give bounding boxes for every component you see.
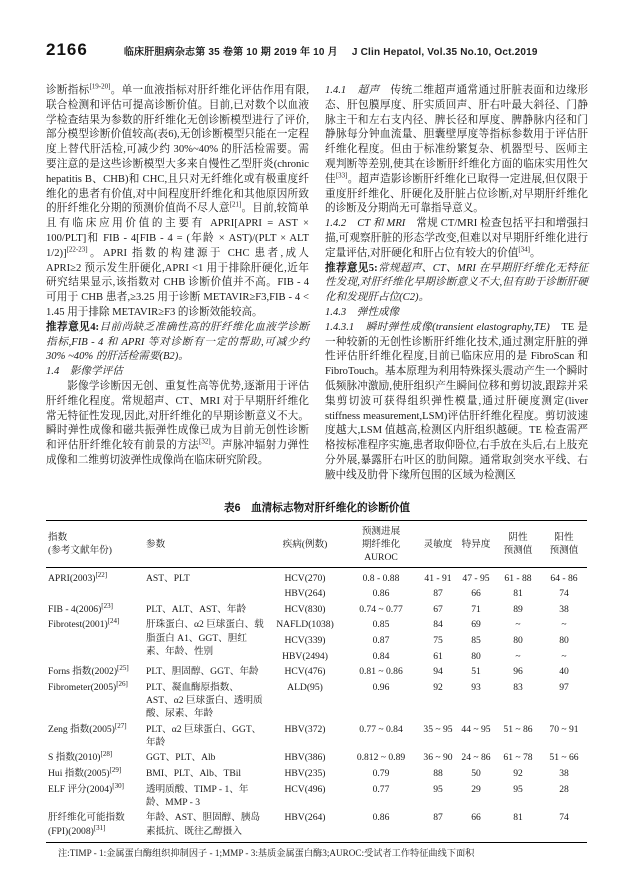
value-cell: 61: [419, 648, 457, 664]
citation-ref: [33]: [336, 171, 348, 179]
value-cell: NAFLD(1038): [267, 617, 343, 633]
value-cell: 0.812 ~ 0.89: [343, 750, 419, 766]
body-columns: 诊断指标[19-20]。单一血液指标对肝纤维化评估作用有限,联合检测和评估可提高…: [46, 84, 588, 484]
value-cell: HCV(830): [267, 602, 343, 618]
value-cell: 83: [495, 679, 541, 721]
recommendation-4: 推荐意见4:目前尚缺乏准确性高的肝纤维化血液学诊断指标,FIB - 4 和 AP…: [46, 321, 309, 365]
value-cell: 70 ~ 91: [541, 721, 587, 750]
params-cell: PLT、凝血酶原指数、AST、α2 巨球蛋白、透明质酸、尿素、年龄: [144, 679, 267, 721]
params-cell: GGT、PLT、Alb: [144, 750, 267, 766]
value-cell: 0.84: [343, 648, 419, 664]
value-cell: 66: [457, 586, 495, 602]
value-cell: 0.74 ~ 0.77: [343, 602, 419, 618]
table-row: FIB - 4(2006)[23]PLT、ALT、AST、年龄HCV(830)0…: [46, 602, 587, 618]
params-cell: BMI、PLT、Alb、TBil: [144, 766, 267, 782]
table-section: 表6 血清标志物对肝纤维化的诊断价值 指数(参考文献年份)参数疾病(例数)预测进…: [46, 500, 588, 859]
index-cell: ELF 评分(2004)[30]: [46, 781, 144, 810]
value-cell: 67: [419, 602, 457, 618]
value-cell: 66: [457, 810, 495, 842]
value-cell: 69: [457, 617, 495, 633]
citation-ref: [23]: [101, 602, 113, 610]
left-column: 诊断指标[19-20]。单一血液指标对肝纤维化评估作用有限,联合检测和评估可提高…: [46, 84, 309, 484]
recommendation-5: 推荐意见5:常规超声、CT、MRI 在早期肝纤维化无特征性发现,对肝纤维化早期诊…: [325, 262, 588, 306]
journal-page: 2166 临床肝胆病杂志第 35 卷第 10 期 2019 年 10 月J Cl…: [0, 0, 630, 890]
page-header: 2166 临床肝胆病杂志第 35 卷第 10 期 2019 年 10 月J Cl…: [46, 40, 588, 62]
journal-title-en: J Clin Hepatol, Vol.35 No.10, Oct.2019: [352, 47, 538, 58]
value-cell: 0.86: [343, 810, 419, 842]
index-cell: Fibrometer(2005)[26]: [46, 679, 144, 721]
value-cell: 88: [419, 766, 457, 782]
value-cell: HBV(386): [267, 750, 343, 766]
value-cell: 64 - 86: [541, 568, 587, 586]
paragraph-serum-markers: 诊断指标[19-20]。单一血液指标对肝纤维化评估作用有限,联合检测和评估可提高…: [46, 84, 309, 321]
citation-ref: [27]: [115, 721, 127, 729]
text-run: 推荐意见5:: [325, 263, 378, 274]
value-cell: 50: [457, 766, 495, 782]
text-run: 。超声造影诊断肝纤维化已取得一定进展,但仅限于重度肝纤维化、肝硬化及肝脏占位诊断…: [325, 174, 588, 215]
right-column: 1.4.1 超声 传统二维超声通常通过肝脏表面和边缘形态、肝包膜厚度、肝实质回声…: [325, 84, 588, 484]
text-run: 推荐意见4:: [46, 322, 99, 333]
index-name: S 指数(2010): [48, 752, 101, 763]
value-cell: 92: [419, 679, 457, 721]
citation-ref: [31]: [94, 823, 106, 831]
paragraph-ultrasound-1-4-1: 1.4.1 超声 传统二维超声通常通过肝脏表面和边缘形态、肝包膜厚度、肝实质回声…: [325, 84, 588, 217]
citation-ref: [32]: [199, 438, 211, 446]
index-name: Fibrometer(2005): [48, 682, 116, 693]
index-cell: FIB - 4(2006)[23]: [46, 602, 144, 618]
value-cell: 41 - 91: [419, 568, 457, 586]
table-title: 表6 血清标志物对肝纤维化的诊断价值: [46, 500, 588, 515]
index-name: Forns 指数(2002): [48, 666, 117, 677]
value-cell: 87: [419, 586, 457, 602]
value-cell: 28: [541, 781, 587, 810]
index-name: Zeng 指数(2005): [48, 724, 115, 735]
column-header: 阴性预测值: [495, 520, 541, 568]
params-cell: AST、PLT: [144, 568, 267, 602]
value-cell: 51 ~ 86: [495, 721, 541, 750]
value-cell: HCV(339): [267, 633, 343, 649]
value-cell: 36 ~ 90: [419, 750, 457, 766]
paragraph-imaging-overview: 影像学诊断因无创、重复性高等优势,逐渐用于评估肝纤维化程度。常规超声、CT、MR…: [46, 380, 309, 469]
citation-ref: [19-20]: [89, 82, 110, 90]
value-cell: 0.79: [343, 766, 419, 782]
params-cell: 年龄、AST、胆固醇、胰岛素抵抗、既往乙醇摄入: [144, 810, 267, 842]
paragraph-ct-mri-1-4-2: 1.4.2 CT 和 MRI 常规 CT/MRI 检查包括平扫和增强扫描,可观察…: [325, 217, 588, 261]
text-run: 1.4.1 超声: [325, 85, 380, 96]
value-cell: 0.86: [343, 586, 419, 602]
value-cell: 80: [457, 648, 495, 664]
value-cell: 51: [457, 664, 495, 680]
value-cell: 92: [495, 766, 541, 782]
table-row: Fibrometer(2005)[26]PLT、凝血酶原指数、AST、α2 巨球…: [46, 679, 587, 721]
citation-ref: [21]: [230, 201, 242, 209]
serum-marker-diagnosis-table: 指数(参考文献年份)参数疾病(例数)预测进展期纤维化AUROC灵敏度特异度阴性预…: [46, 520, 587, 843]
paragraph-transient-elastography: 1.4.3.1 瞬时弹性成像(transient elastography,TE…: [325, 321, 588, 484]
value-cell: 80: [495, 633, 541, 649]
citation-ref: [26]: [116, 679, 128, 687]
value-cell: HBV(372): [267, 721, 343, 750]
value-cell: 97: [541, 679, 587, 721]
citation-ref: [28]: [101, 750, 113, 758]
index-name: 肝纤维化可能指数 (FPI)(2008): [48, 812, 125, 836]
value-cell: 47 - 95: [457, 568, 495, 586]
value-cell: 0.96: [343, 679, 419, 721]
table-row: ELF 评分(2004)[30]透明质酸、TIMP - 1、年龄、MMP - 3…: [46, 781, 587, 810]
table-row: S 指数(2010)[28]GGT、PLT、AlbHBV(386)0.812 ~…: [46, 750, 587, 766]
value-cell: 93: [457, 679, 495, 721]
value-cell: 95: [419, 781, 457, 810]
index-cell: Zeng 指数(2005)[27]: [46, 721, 144, 750]
table-row: Hui 指数(2005)[29]BMI、PLT、Alb、TBilHBV(235)…: [46, 766, 587, 782]
value-cell: 87: [419, 810, 457, 842]
value-cell: 80: [541, 633, 587, 649]
table-row: 肝纤维化可能指数 (FPI)(2008)[31]年龄、AST、胆固醇、胰岛素抵抗…: [46, 810, 587, 842]
value-cell: 29: [457, 781, 495, 810]
text-run: 传统二维超声通常通过肝脏表面和边缘形态、肝包膜厚度、肝实质回声、肝右叶最大斜径、…: [325, 85, 588, 185]
text-run: 。: [530, 248, 541, 259]
citation-ref: [29]: [110, 766, 122, 774]
section-heading-1-4-3: 1.4.3 弹性成像: [325, 306, 588, 321]
index-name: FIB - 4(2006): [48, 604, 101, 615]
value-cell: HCV(476): [267, 664, 343, 680]
text-run: 1.4 影像学评估: [46, 366, 123, 377]
value-cell: 85: [457, 633, 495, 649]
value-cell: 81: [495, 586, 541, 602]
table-row: Forns 指数(2002)[25]PLT、胆固醇、GGT、年龄HCV(476)…: [46, 664, 587, 680]
index-name: ELF 评分(2004): [48, 784, 112, 795]
journal-title-cn: 临床肝胆病杂志第 35 卷第 10 期 2019 年 10 月: [124, 47, 338, 58]
params-cell: 透明质酸、TIMP - 1、年龄、MMP - 3: [144, 781, 267, 810]
value-cell: HCV(270): [267, 568, 343, 586]
text-run: 1.4.3.1 瞬时弹性成像(transient elastography,TE…: [325, 322, 550, 333]
value-cell: 0.81 ~ 0.86: [343, 664, 419, 680]
value-cell: 24 ~ 86: [457, 750, 495, 766]
citation-ref: [22]: [95, 570, 107, 578]
value-cell: HBV(264): [267, 810, 343, 842]
value-cell: 0.87: [343, 633, 419, 649]
value-cell: 81: [495, 810, 541, 842]
table-row: Fibrotest(2001)[24]肝珠蛋白、α2 巨球蛋白、载脂蛋白 A1、…: [46, 617, 587, 633]
value-cell: 74: [541, 586, 587, 602]
value-cell: 44 ~ 95: [457, 721, 495, 750]
value-cell: 96: [495, 664, 541, 680]
index-cell: APRI(2003)[22]: [46, 568, 144, 602]
params-cell: 肝珠蛋白、α2 巨球蛋白、载脂蛋白 A1、GGT、胆红素、年龄、性别: [144, 617, 267, 664]
value-cell: 75: [419, 633, 457, 649]
value-cell: ~: [495, 617, 541, 633]
value-cell: 38: [541, 602, 587, 618]
value-cell: ALD(95): [267, 679, 343, 721]
value-cell: HBV(2494): [267, 648, 343, 664]
text-run: TE 是一种较新的无创性诊断肝纤维化技术,通过测定肝脏的弹性评估肝纤维化程度,目…: [325, 322, 588, 481]
citation-ref: [30]: [112, 781, 124, 789]
index-cell: 肝纤维化可能指数 (FPI)(2008)[31]: [46, 810, 144, 842]
params-cell: PLT、α2 巨球蛋白、GGT、年龄: [144, 721, 267, 750]
citation-ref: [24]: [108, 617, 120, 625]
value-cell: 0.77 ~ 0.84: [343, 721, 419, 750]
value-cell: 61 ~ 78: [495, 750, 541, 766]
value-cell: 51 ~ 66: [541, 750, 587, 766]
params-cell: PLT、ALT、AST、年龄: [144, 602, 267, 618]
index-cell: Forns 指数(2002)[25]: [46, 664, 144, 680]
value-cell: 95: [495, 781, 541, 810]
column-header: 疾病(例数): [267, 520, 343, 568]
index-name: APRI(2003): [48, 573, 95, 584]
index-cell: S 指数(2010)[28]: [46, 750, 144, 766]
value-cell: HBV(264): [267, 586, 343, 602]
value-cell: 89: [495, 602, 541, 618]
column-header: 预测进展期纤维化AUROC: [343, 520, 419, 568]
text-run: 1.4.3 弹性成像: [325, 307, 399, 318]
column-header: 阳性预测值: [541, 520, 587, 568]
value-cell: 35 ~ 95: [419, 721, 457, 750]
value-cell: 84: [419, 617, 457, 633]
index-name: Hui 指数(2005): [48, 768, 110, 779]
column-header: 参数: [144, 520, 267, 568]
text-run: 诊断指标: [46, 85, 89, 96]
citation-ref: [25]: [117, 664, 129, 672]
column-header: 指数(参考文献年份): [46, 520, 144, 568]
table-footnote: 注:TIMP - 1:金属蛋白酶组织抑制因子 - 1;MMP - 3:基质金属蛋…: [46, 847, 588, 859]
value-cell: HCV(496): [267, 781, 343, 810]
value-cell: ~: [541, 648, 587, 664]
citation-ref: [34]: [518, 245, 530, 253]
citation-ref: [22-23]: [67, 245, 88, 253]
value-cell: 40: [541, 664, 587, 680]
value-cell: 94: [419, 664, 457, 680]
section-heading-1-4: 1.4 影像学评估: [46, 365, 309, 380]
value-cell: 0.85: [343, 617, 419, 633]
text-run: 。单一血液指标对肝纤维化评估作用有限,联合检测和评估可提高诊断价值。目前,已对数…: [46, 85, 309, 214]
table-row: Zeng 指数(2005)[27]PLT、α2 巨球蛋白、GGT、年龄HBV(3…: [46, 721, 587, 750]
value-cell: HBV(235): [267, 766, 343, 782]
column-header: 特异度: [457, 520, 495, 568]
page-number: 2166: [46, 40, 88, 60]
text-run: 1.4.2 CT 和 MRI: [325, 218, 405, 229]
value-cell: 0.77: [343, 781, 419, 810]
params-cell: PLT、胆固醇、GGT、年龄: [144, 664, 267, 680]
value-cell: ~: [495, 648, 541, 664]
column-header: 灵敏度: [419, 520, 457, 568]
value-cell: 61 - 88: [495, 568, 541, 586]
header-row: 指数(参考文献年份)参数疾病(例数)预测进展期纤维化AUROC灵敏度特异度阴性预…: [46, 520, 587, 568]
value-cell: 71: [457, 602, 495, 618]
text-run: 。APRI 指数的构建源于 CHC 患者,成人 APRI≥2 预示发生肝硬化,A…: [46, 248, 309, 318]
value-cell: 38: [541, 766, 587, 782]
value-cell: ~: [541, 617, 587, 633]
table-row: APRI(2003)[22]AST、PLTHCV(270)0.8 - 0.884…: [46, 568, 587, 586]
journal-masthead: 临床肝胆病杂志第 35 卷第 10 期 2019 年 10 月J Clin He…: [124, 43, 538, 58]
value-cell: 74: [541, 810, 587, 842]
value-cell: 0.8 - 0.88: [343, 568, 419, 586]
index-cell: Fibrotest(2001)[24]: [46, 617, 144, 664]
index-cell: Hui 指数(2005)[29]: [46, 766, 144, 782]
index-name: Fibrotest(2001): [48, 619, 108, 630]
